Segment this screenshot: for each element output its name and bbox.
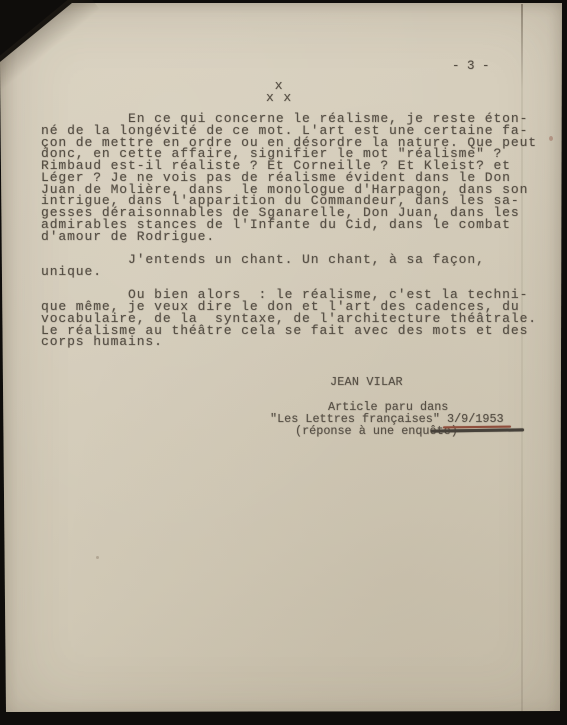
paper-sheet <box>0 0 567 725</box>
body-text: En ce qui concerne le réalisme, je reste… <box>41 113 537 348</box>
document-scan: - 3 - x x x En ce qui concerne le réalis… <box>0 0 567 725</box>
paper-speck <box>96 556 99 559</box>
author-name: JEAN VILAR <box>330 376 403 389</box>
page-number: - 3 - <box>452 59 490 73</box>
paper-speck <box>549 136 553 141</box>
section-separator-marks: x x x <box>266 80 292 104</box>
